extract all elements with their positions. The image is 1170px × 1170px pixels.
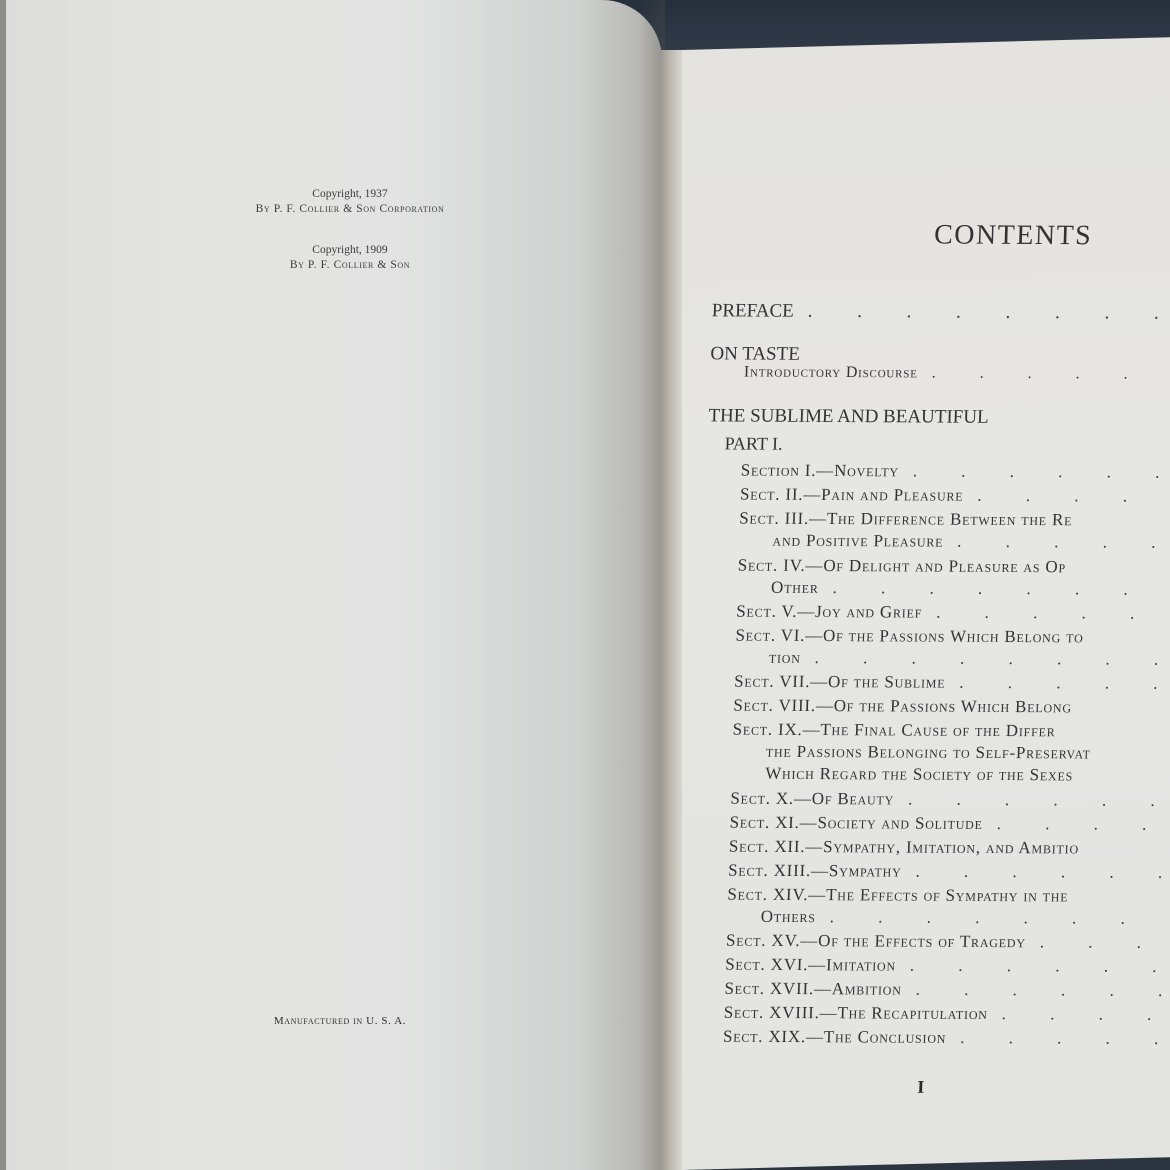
leader-dots: . . . . . . . . . . . . . . . xyxy=(915,980,1170,1003)
leader-dots: . . . . . . . . . . . . . . . xyxy=(910,956,1170,979)
toc-entry: Which Regard the Society of the Sexes xyxy=(765,764,1074,786)
toc-entry: Sect. XV.—Of the Effects of Tragedy. . .… xyxy=(726,931,1170,956)
leader-dots: . . . . . . . . . . . . . . . xyxy=(814,648,1170,671)
toc-entry: THE SUBLIME AND BEAUTIFUL xyxy=(708,405,989,428)
right-page: CONTENTS PREFACE. . . . . . . . . . . . … xyxy=(682,37,1170,1170)
copyright-1937: Copyright, 1937 By P. F. Collier & Son C… xyxy=(200,187,500,217)
toc-entry: Sect. XVIII.—The Recapitulation. . . . .… xyxy=(723,1003,1170,1028)
leader-dots: . . . . . . . . . . . . . . . xyxy=(1001,1004,1170,1027)
toc-entry: PART I. xyxy=(724,433,783,454)
toc-entry: Sect. VI.—Of the Passions Which Belong t… xyxy=(735,626,1084,648)
copyright-1937-publisher: By P. F. Collier & Son Corporation xyxy=(200,202,500,217)
toc-entry: ON TASTE xyxy=(710,343,800,365)
copyright-1909-publisher: By P. F. Collier & Son xyxy=(200,258,500,273)
toc-entry: Section I.—Novelty. . . . . . . . . . . … xyxy=(740,461,1170,486)
toc-entry: Sect. X.—Of Beauty. . . . . . . . . . . … xyxy=(730,789,1170,814)
toc-entry: Sect. XII.—Sympathy, Imitation, and Ambi… xyxy=(729,837,1080,859)
contents-page: CONTENTS PREFACE. . . . . . . . . . . . … xyxy=(647,50,1170,1153)
toc-entry: Sect. XIV.—The Effects of Sympathy in th… xyxy=(727,885,1069,907)
toc-entry: Sect. XVI.—Imitation. . . . . . . . . . … xyxy=(725,955,1170,980)
toc-entry: Sect. II.—Pain and Pleasure. . . . . . .… xyxy=(740,485,1170,510)
toc-entry: Sect. VII.—Of the Sublime. . . . . . . .… xyxy=(734,672,1170,697)
leader-dots: . . . . . . . . . . . . . . . xyxy=(960,1028,1170,1051)
toc-entry: Sect. VIII.—Of the Passions Which Belong xyxy=(733,696,1072,718)
leader-dots: . . . . . . . . . . . . . . . xyxy=(959,673,1170,696)
toc-entry: Sect. XI.—Society and Solitude. . . . . … xyxy=(729,813,1170,838)
leader-dots: . . . . . . . . . . . . . . . xyxy=(936,603,1170,626)
toc-entry: Sect. V.—Joy and Grief. . . . . . . . . … xyxy=(736,602,1170,627)
leader-dots: . . . . . . . . . . . . . . . xyxy=(915,862,1170,885)
toc-entry: Sect. IX.—The Final Cause of the Differ xyxy=(732,720,1056,742)
toc-entry: Sect. XIII.—Sympathy. . . . . . . . . . … xyxy=(728,861,1170,886)
leader-dots: . . . . . . . . . . . . . . . xyxy=(908,790,1170,813)
toc-entry: PREFACE. . . . . . . . . . . . . . . xyxy=(711,300,1170,326)
toc-entry: and Positive Pleasure. . . . . . . . . .… xyxy=(772,531,1170,556)
leader-dots: . . . . . . . . . . . . . . . xyxy=(957,532,1170,555)
leader-dots: . . . . . . . . . . . . . . . xyxy=(830,907,1170,930)
toc-entry: Introductory Discourse. . . . . . . . . … xyxy=(744,363,1170,386)
toc-entry: tion. . . . . . . . . . . . . . . xyxy=(769,648,1170,672)
toc-entry: Others. . . . . . . . . . . . . . . xyxy=(760,907,1170,931)
leader-dots: . . . . . . . . . . . . . . . xyxy=(931,364,1170,385)
copyright-1909-year: Copyright, 1909 xyxy=(200,243,500,258)
left-page: Copyright, 1937 By P. F. Collier & Son C… xyxy=(0,0,662,1170)
toc-entry: Sect. III.—The Difference Between the Re xyxy=(739,509,1073,531)
copyright-1909: Copyright, 1909 By P. F. Collier & Son xyxy=(200,243,500,273)
leader-dots: . . . . . . . . . . . . . . . xyxy=(977,486,1170,509)
leader-dots: . . . . . . . . . . . . . . . xyxy=(997,814,1170,837)
leader-dots: . . . . . . . . . . . . . . . xyxy=(913,461,1170,484)
toc-entry: Sect. IV.—Of Delight and Pleasure as Op xyxy=(737,556,1066,578)
page-number: I xyxy=(917,1077,925,1098)
leader-dots: . . . . . . . . . . . . . . . xyxy=(832,578,1170,601)
copyright-1937-year: Copyright, 1937 xyxy=(200,187,500,202)
toc-entry: the Passions Belonging to Self-Preservat xyxy=(766,742,1091,764)
toc-entry: Other. . . . . . . . . . . . . . . xyxy=(771,578,1170,602)
toc-entry: Sect. XVII.—Ambition. . . . . . . . . . … xyxy=(724,979,1170,1004)
leader-dots: . . . . . . . . . . . . . . . xyxy=(1040,932,1170,955)
toc-entry: Sect. XIX.—The Conclusion. . . . . . . .… xyxy=(723,1027,1170,1052)
page-title: CONTENTS xyxy=(934,219,1093,252)
manufactured-note: Manufactured in U. S. A. xyxy=(220,1015,460,1027)
leader-dots: . . . . . . . . . . . . . . . xyxy=(807,301,1170,326)
